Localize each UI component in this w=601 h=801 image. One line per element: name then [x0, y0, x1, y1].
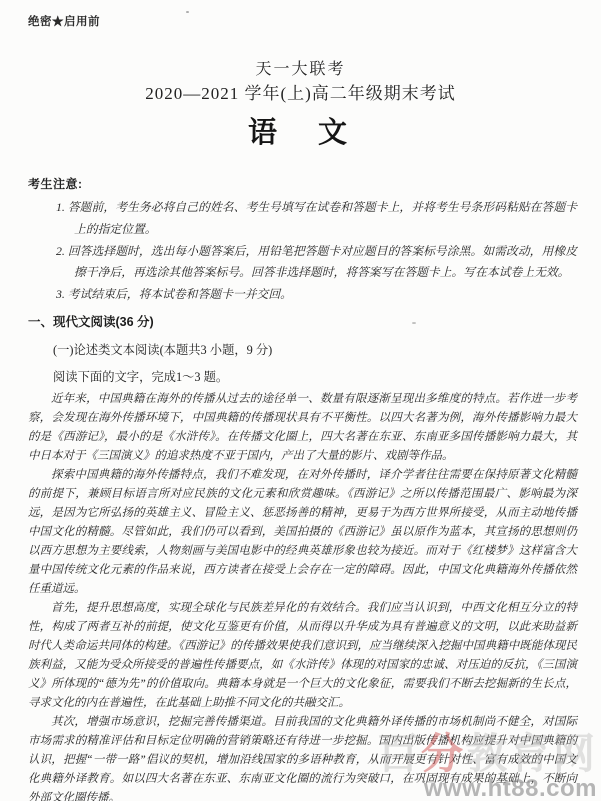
notice-item-2: 2. 回答选择题时，选出每小题答案后，用铅笔把答题卡对应题目的答案标号涂黑。如需… [28, 241, 577, 285]
notice-item-3: 3. 考试结束后，将本试卷和答题卡一并交回。 [28, 284, 577, 306]
passage-paragraph-3: 首先，提升思想高度，实现全球化与民族差异化的有效结合。我们应当认识到，中西文化相… [28, 599, 577, 713]
section-modern-reading: 一、现代文阅读(36 分) (一)论述类文本阅读(本题共3 小题，9 分) 阅读… [28, 312, 577, 801]
candidate-notice: 考生注意: 1. 答题前，考生务必将自己的姓名、考生号填写在试卷和答题卡上，并将… [28, 175, 577, 306]
sub-section-heading: (一)论述类文本阅读(本题共3 小题，9 分) [28, 340, 577, 358]
exam-organization: 天一大联考 [0, 56, 601, 79]
classification-label: 绝密★启用前 [28, 13, 100, 29]
part-one-heading: 一、现代文阅读(36 分) [28, 312, 577, 330]
exam-session-title: 2020—2021 学年(上)高二年级期末考试 [0, 79, 601, 104]
reading-passage: 近年来，中国典籍在海外的传播从过去的途径单一、数量有限逐渐呈现出多维度的特点。若… [28, 390, 577, 801]
notice-heading: 考生注意: [28, 175, 577, 192]
exam-paper-page: 绝密★启用前 天一大联考 2020—2021 学年(上)高二年级期末考试 语 文… [0, 0, 601, 801]
subject-title: 语 文 [0, 110, 601, 151]
passage-paragraph-2: 探索中国典籍的海外传播特点，我们不难发现，在对外传播时，译介学者往往需要在保持原… [28, 466, 577, 599]
passage-paragraph-1: 近年来，中国典籍在海外的传播从过去的途径单一、数量有限逐渐呈现出多维度的特点。若… [28, 390, 577, 466]
scan-speck [186, 11, 189, 13]
notice-item-1: 1. 答题前，考生务必将自己的姓名、考生号填写在试卷和答题卡上，并将考生号条形码… [28, 197, 577, 241]
reading-instruction: 阅读下面的文字，完成1～3 题。 [28, 367, 577, 385]
passage-paragraph-4: 其次，增强市场意识，挖掘完善传播渠道。目前我国的文化典籍外译传播的市场机制尚不健… [28, 713, 577, 801]
